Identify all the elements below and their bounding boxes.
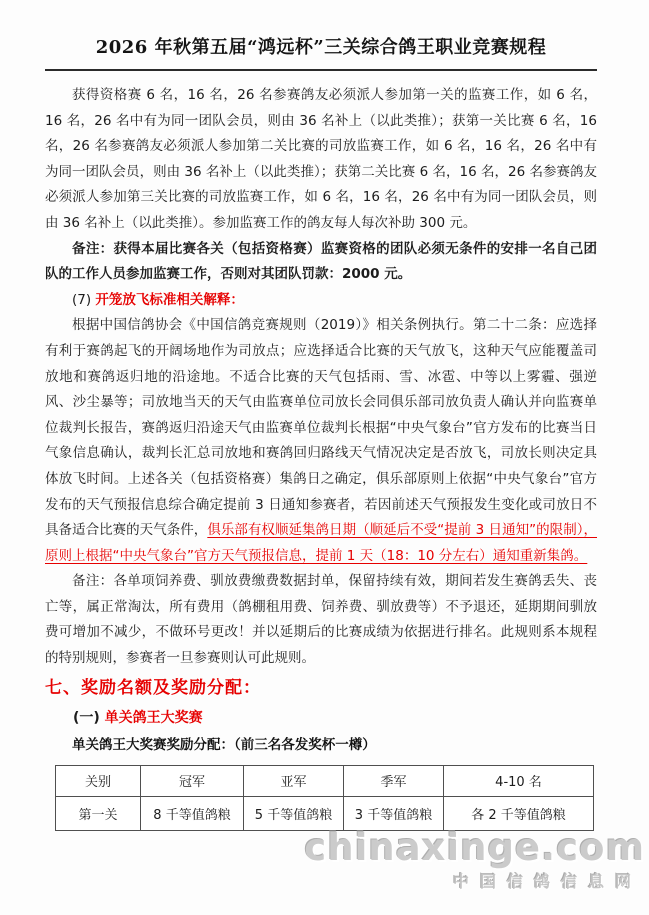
subsection-heading: (一) 单关鸽王大奖赛 bbox=[45, 706, 597, 730]
watermark: chinaxinge.com 中国信鸽信息网 bbox=[304, 827, 648, 893]
title-block: 2026 年秋第五届“鸿远杯”三关综合鸽王职业竞赛规程 bbox=[45, 0, 597, 71]
header-champion: 冠军 bbox=[141, 765, 244, 796]
paragraph-release-rules: 根据中国信鸽协会《中国信鸽竞赛规则（2019）》相关条例执行。第二十二条：应选择… bbox=[45, 313, 597, 569]
section-heading-awards: 七、奖励名额及奖励分配： bbox=[45, 676, 597, 700]
document-body: 获得资格赛 6 名，16 名，26 名参赛鸽友必须派人参加第一关的监赛工作，如 … bbox=[45, 71, 597, 831]
cell-round: 第一关 bbox=[56, 796, 141, 830]
award-table: 关别 冠军 亚军 季军 4-10 名 第一关 8 千等值鸽粮 5 千等值鸽粮 3… bbox=[55, 765, 594, 831]
paragraph-supervision-duty: 获得资格赛 6 名，16 名，26 名参赛鸽友必须派人参加第一关的监赛工作，如 … bbox=[45, 83, 597, 237]
release-rules-text: 根据中国信鸽协会《中国信鸽竞赛规则（2019）》相关条例执行。第二十二条：应选择… bbox=[45, 317, 597, 538]
award-table-header-row: 关别 冠军 亚军 季军 4-10 名 bbox=[56, 765, 594, 796]
item-7-number: (7) bbox=[72, 292, 91, 308]
header-runner-up: 亚军 bbox=[244, 765, 344, 796]
watermark-domain: chinaxinge.com bbox=[304, 827, 648, 869]
document-page: 2026 年秋第五届“鸿远杯”三关综合鸽王职业竞赛规程 获得资格赛 6 名，16… bbox=[0, 0, 649, 915]
item-7-heading: (7) 开笼放飞标准相关解释： bbox=[45, 288, 597, 314]
note-fees: 备注：各单项饲养费、驯放费缴费数据封单，保留持续有效，期间若发生赛鸽丢失、丧亡等… bbox=[45, 569, 597, 671]
note-penalty: 备注：获得本届比赛各关（包括资格赛）监赛资格的团队必须无条件的安排一名自己团队的… bbox=[45, 237, 597, 288]
subsection-label: 单关鸽王大奖赛 bbox=[105, 710, 203, 726]
page-title: 2026 年秋第五届“鸿远杯”三关综合鸽王职业竞赛规程 bbox=[45, 36, 597, 60]
award-table-caption: 单关鸽王大奖赛奖励分配：（前三名各发奖杯一樽） bbox=[45, 733, 597, 757]
watermark-site-name: 中国信鸽信息网 bbox=[304, 870, 648, 893]
cell-champion-prize: 8 千等值鸽粮 bbox=[141, 796, 244, 830]
header-round: 关别 bbox=[56, 765, 141, 796]
header-third-place: 季军 bbox=[344, 765, 444, 796]
header-4-to-10: 4-10 名 bbox=[444, 765, 594, 796]
subsection-number: (一) bbox=[73, 710, 100, 726]
item-7-label: 开笼放飞标准相关解释： bbox=[95, 292, 244, 308]
